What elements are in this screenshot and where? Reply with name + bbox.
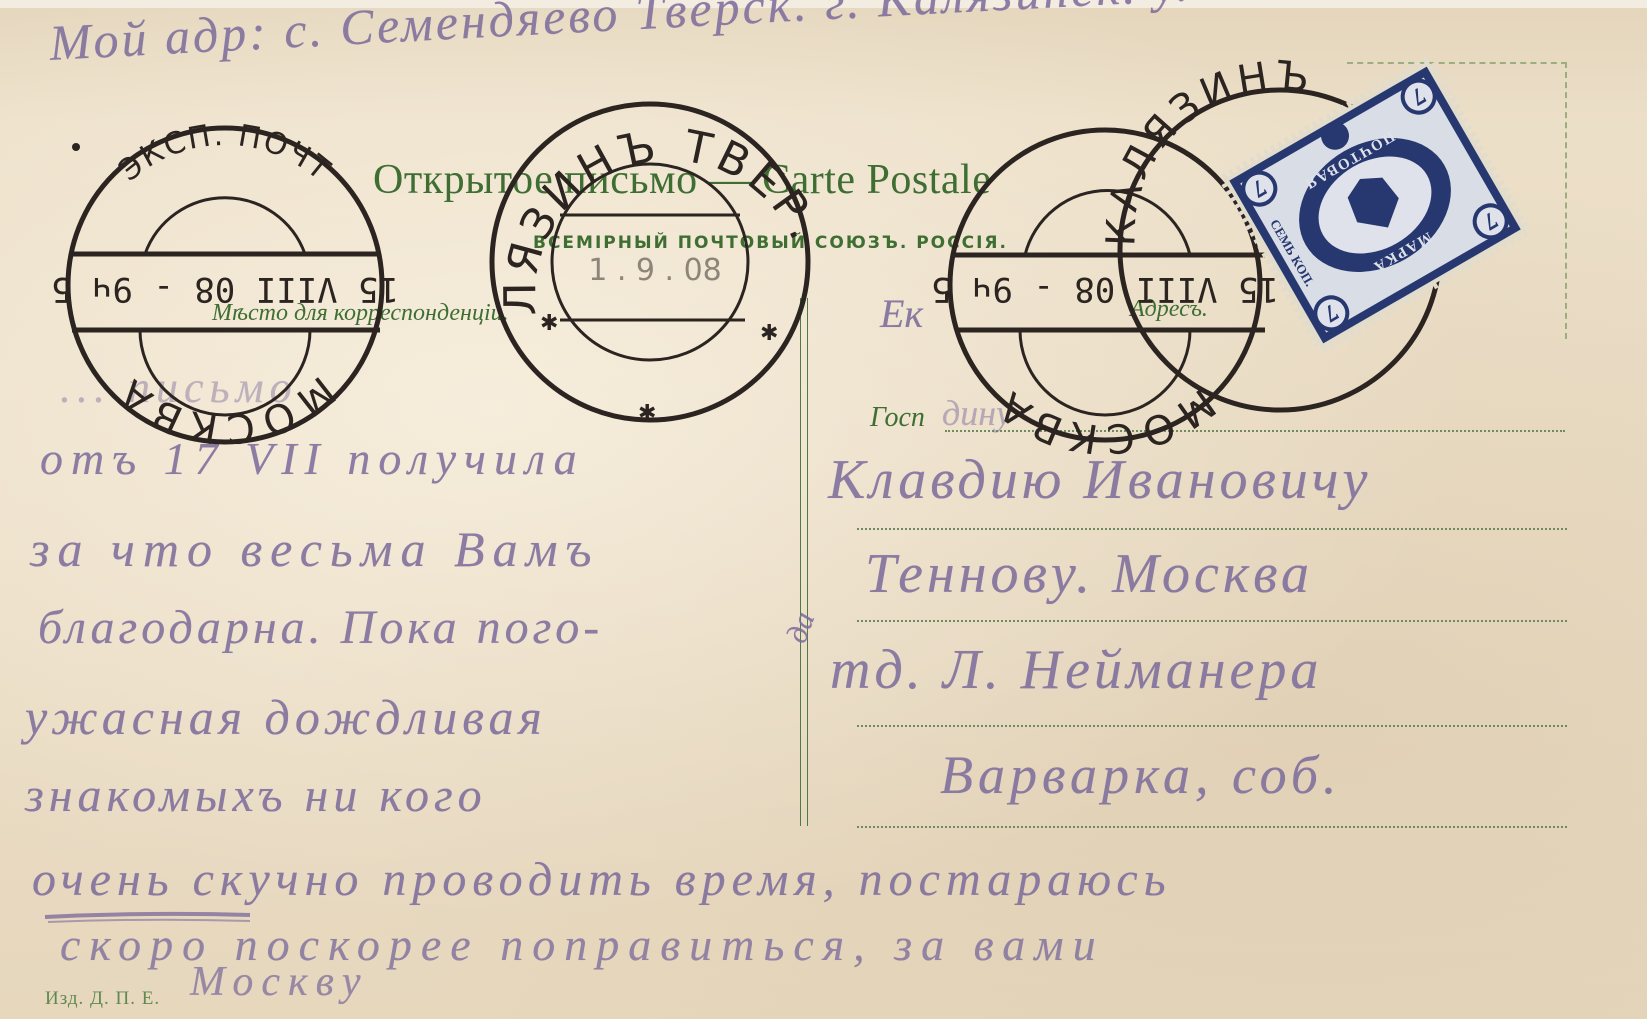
svg-text:15 VIII 08 - 9ч 5: 15 VIII 08 - 9ч 5 (51, 269, 399, 309)
kalyazin-postmark: КАЛЯЗИНЪ ТВЕР. Г. 1 . 9 . 08 ✱ ✱ ✱ (0, 0, 840, 426)
svg-text:15 VIII 08 - 9ч 5: 15 VIII 08 - 9ч 5 (931, 269, 1279, 309)
svg-text:МОСКВА: МОСКВА (106, 367, 343, 452)
moscow-postmark-left: МОСКВА ЭКСП. ПОЧТ 15 VIII 08 - 9ч 5 (51, 118, 399, 452)
svg-text:1 . 9 . 08: 1 . 9 . 08 (588, 253, 722, 288)
svg-text:✱: ✱ (540, 311, 558, 336)
postmarks-layer: МОСКВА ЭКСП. ПОЧТ 15 VIII 08 - 9ч 5 КАЛЯ… (0, 0, 1647, 1019)
svg-text:✱: ✱ (760, 321, 778, 346)
postcard-back: Открытое письмо — Carte Postale ВСЕМІРНЫ… (0, 0, 1647, 1019)
svg-text:МОСКВА: МОСКВА (986, 379, 1223, 462)
svg-text:✱: ✱ (638, 401, 656, 426)
